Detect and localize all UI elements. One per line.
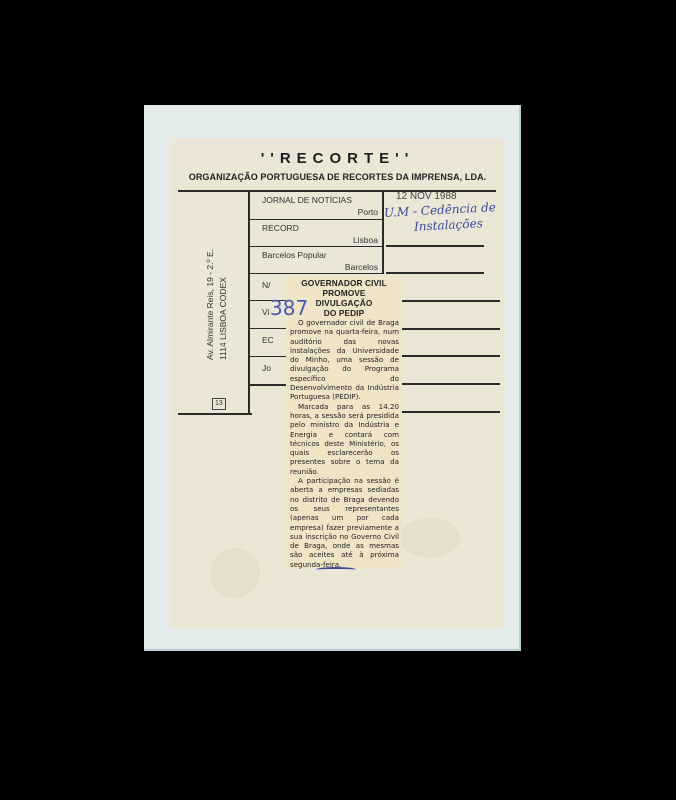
date-stamp: 12 NOV 1988: [396, 191, 457, 202]
paper-stain: [210, 548, 260, 598]
row-rule: [250, 246, 382, 247]
address-line-2: 1114 LISBOA CODEX: [217, 249, 230, 360]
date-column-divider: [382, 190, 384, 274]
publication-stub: Jo: [262, 363, 271, 373]
row-rule: [250, 384, 286, 386]
publication-stub: EC: [262, 335, 274, 345]
paper-stain: [400, 518, 460, 558]
pen-mark: [316, 567, 356, 572]
clipping-body: O governador civil de Braga promove na q…: [286, 318, 402, 569]
publication-name: JORNAL DE NOTÍCIAS: [262, 195, 352, 205]
handwritten-note-line-2: Instalações: [414, 216, 483, 234]
box-number: 13: [212, 398, 226, 410]
date-column-rule: [402, 355, 500, 357]
publication-city: Barcelos: [320, 262, 378, 272]
publication-city: Lisboa: [320, 235, 378, 245]
address-block: Av. Almirante Reis, 19 - 2.º E. 1114 LIS…: [204, 249, 230, 360]
date-column-rule: [402, 300, 500, 302]
card-subtitle: ORGANIZAÇÃO PORTUGUESA DE RECORTES DA IM…: [170, 172, 505, 182]
publication-name: Barcelos Popular: [262, 250, 327, 260]
publication-city: Porto: [320, 207, 378, 217]
publication-stub: N/: [262, 280, 271, 290]
row-rule: [250, 273, 382, 274]
address-bottom-rule: [178, 413, 252, 415]
row-rule: [250, 219, 382, 220]
date-column-rule: [386, 245, 484, 247]
address-line-1: Av. Almirante Reis, 19 - 2.º E.: [204, 249, 217, 360]
publication-name: RECORD: [262, 223, 299, 233]
clipping-paragraph: Marcada para as 14.20 horas, a sessão se…: [290, 402, 399, 476]
date-column-rule: [402, 328, 500, 330]
date-column-rule: [402, 383, 500, 385]
date-column-rule: [386, 272, 484, 274]
clipping-paragraph: A participação na sessão é aberta a empr…: [290, 476, 399, 569]
card-title: ''RECORTE'': [170, 150, 505, 167]
publication-stub: Vi: [262, 307, 269, 317]
handwritten-clipping-number: 387: [270, 296, 308, 320]
address-column-divider: [248, 190, 250, 413]
headline-line: GOVERNADOR CIVIL: [286, 278, 402, 288]
row-rule: [250, 356, 286, 357]
clipping-paragraph: O governador civil de Braga promove na q…: [290, 318, 399, 402]
date-column-rule: [402, 411, 500, 413]
row-rule: [250, 328, 286, 329]
